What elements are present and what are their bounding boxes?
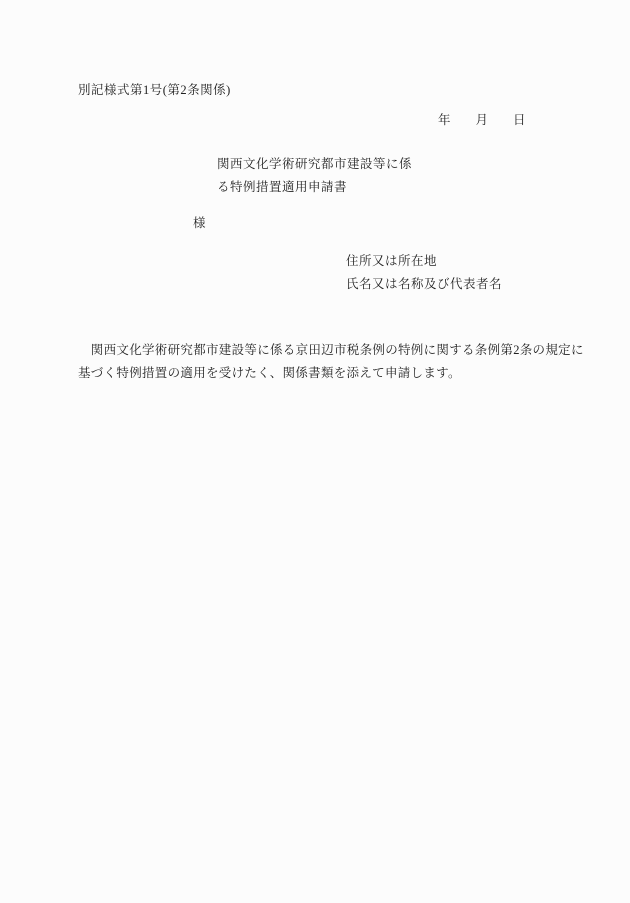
date-year-label: 年: [438, 114, 451, 127]
date-month-label: 月: [476, 114, 489, 127]
applicant-labels: 住所又は所在地 氏名又は名称及び代表者名: [346, 250, 502, 295]
body-paragraph: 関西文化学術研究都市建設等に係る京田辺市税条例の特例に関する条例第2条の規定に …: [78, 339, 584, 385]
document-title-line2: る特例措置適用申請書: [217, 176, 412, 199]
body-paragraph-line1: 関西文化学術研究都市建設等に係る京田辺市税条例の特例に関する条例第2条の規定に: [78, 339, 584, 362]
document-title: 関西文化学術研究都市建設等に係 る特例措置適用申請書: [217, 153, 412, 199]
applicant-address-label: 住所又は所在地: [346, 250, 502, 273]
date-line: 年 月 日: [438, 114, 526, 127]
body-paragraph-line2: 基づく特例措置の適用を受けたく、関係書類を添えて申請します。: [78, 362, 584, 385]
document-page: 別記様式第1号(第2条関係) 年 月 日 関西文化学術研究都市建設等に係 る特例…: [0, 0, 630, 903]
form-number-label: 別記様式第1号(第2条関係): [78, 84, 231, 97]
addressee-honorific: 様: [193, 217, 206, 230]
document-title-line1: 関西文化学術研究都市建設等に係: [217, 153, 412, 176]
applicant-name-label: 氏名又は名称及び代表者名: [346, 273, 502, 296]
date-day-label: 日: [513, 114, 526, 127]
